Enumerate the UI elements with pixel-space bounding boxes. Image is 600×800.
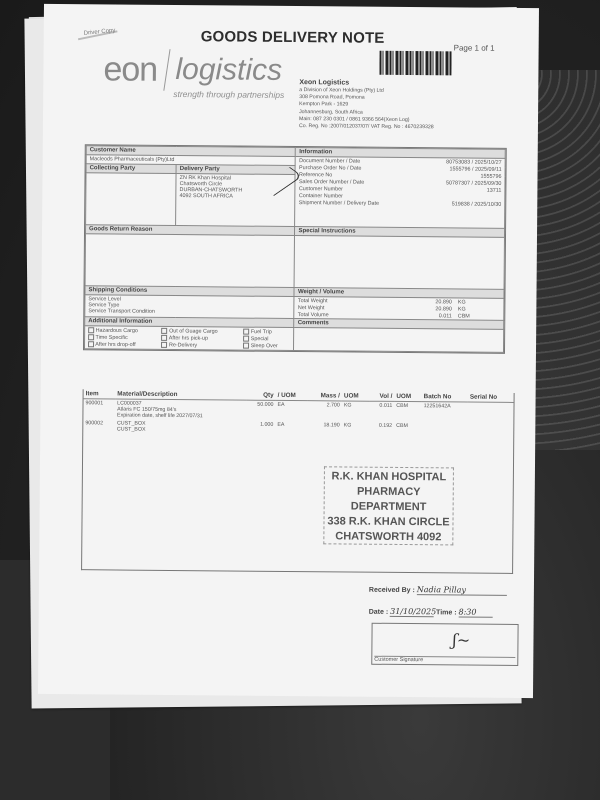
item-uom: EA bbox=[275, 400, 308, 421]
table-row: 900002 CUST_BOX CUST_BOX 1.000 EA 18.190… bbox=[83, 419, 513, 437]
col-vol: Vol / bbox=[369, 392, 394, 402]
checkbox[interactable] bbox=[243, 328, 249, 334]
document-title: GOODS DELIVERY NOTE bbox=[201, 28, 385, 47]
item-batch: 12251642A bbox=[421, 402, 467, 423]
pharmacy-stamp: R.K. KHAN HOSPITAL PHARMACY DEPARTMENT 3… bbox=[323, 466, 454, 545]
stamp-line: CHATSWORTH 4092 bbox=[324, 529, 452, 545]
item-number: 900001 bbox=[83, 399, 115, 420]
item-description: LC000037 Atlaris FC 150/75mg 84's Expira… bbox=[115, 399, 246, 421]
option-label: Time Specific bbox=[95, 335, 127, 341]
checkbox[interactable] bbox=[162, 327, 168, 333]
date-time-row: Date : 31/10/2025 Time : 8:30 bbox=[369, 607, 493, 618]
weight-volume-section: Total Weight20.890KG Net Weight20.890KG … bbox=[294, 297, 504, 321]
col-mass: Mass / bbox=[308, 391, 342, 401]
col-item: Item bbox=[84, 389, 116, 399]
info-value: 519838 / 2025/10/30 bbox=[417, 200, 504, 208]
checkbox[interactable] bbox=[243, 336, 249, 342]
item-number: 900002 bbox=[83, 419, 115, 433]
received-by-row: Received By : Nadia Pillay bbox=[369, 585, 507, 596]
additional-information-options: Hazardous Cargo Out of Guage Cargo Fuel … bbox=[84, 326, 294, 351]
item-batch bbox=[421, 422, 467, 436]
stamp-line: R.K. KHAN HOSPITAL bbox=[325, 469, 453, 485]
item-qty: 50.000 bbox=[246, 400, 276, 421]
description-line: Expiration date, shelf life 2027/07/31 bbox=[117, 412, 244, 419]
special-instructions-value bbox=[295, 236, 505, 290]
date-value: 31/10/2025 bbox=[390, 607, 434, 617]
col-mass-uom: UOM bbox=[342, 391, 369, 401]
logo-logistics: logistics bbox=[175, 53, 282, 88]
date-label: Date : bbox=[369, 609, 389, 616]
info-label: Shipment Number / Delivery Date bbox=[296, 199, 418, 207]
item-mass-uom: KG bbox=[342, 401, 369, 422]
item-qty: 1.000 bbox=[246, 421, 276, 435]
option-label: After hrs pick-up bbox=[169, 335, 208, 341]
page-number: Page 1 of 1 bbox=[454, 43, 495, 52]
item-serial bbox=[468, 402, 514, 423]
checkbox[interactable] bbox=[88, 327, 94, 333]
checkbox[interactable] bbox=[88, 342, 94, 348]
col-qty: Qty bbox=[246, 391, 276, 401]
item-vol: 0.192 bbox=[369, 422, 394, 436]
checkbox[interactable] bbox=[243, 343, 249, 349]
item-serial bbox=[467, 423, 513, 437]
item-vol-uom: CBM bbox=[394, 422, 421, 436]
weight-value: 0.011 bbox=[394, 312, 455, 320]
stamp-line: DEPARTMENT bbox=[325, 499, 453, 515]
logo-tagline: strength through partnerships bbox=[173, 89, 284, 100]
item-uom: EA bbox=[275, 421, 308, 435]
option-label: After hrs drop-off bbox=[95, 342, 135, 348]
description-line: CUST_BOX bbox=[117, 426, 244, 433]
signature-label: Customer Signature bbox=[374, 656, 515, 664]
logo-divider bbox=[163, 49, 170, 91]
received-by-label: Received By : bbox=[369, 587, 415, 594]
collecting-party-value bbox=[86, 173, 177, 226]
option-label: Sleep Over bbox=[251, 343, 278, 349]
shipping-conditions-list: Service Level Service Type Service Trans… bbox=[85, 295, 295, 319]
information-section: Document Number / Date80753083 / 2025/10… bbox=[295, 157, 505, 229]
item-mass-uom: KG bbox=[342, 421, 369, 435]
checkbox[interactable] bbox=[88, 334, 94, 340]
address-line: Co. Reg. No :2007/012037/07/ VAT Reg. No… bbox=[299, 123, 434, 131]
time-label: Time : bbox=[436, 609, 457, 616]
goods-return-reason-value bbox=[85, 234, 295, 288]
comments-value bbox=[294, 328, 504, 353]
weight-unit: CBM bbox=[455, 312, 504, 319]
checkbox[interactable] bbox=[162, 335, 168, 341]
col-serial: Serial No bbox=[468, 393, 514, 403]
item-description: CUST_BOX CUST_BOX bbox=[115, 419, 246, 434]
time-value: 8:30 bbox=[458, 607, 492, 617]
option-label: Hazardous Cargo bbox=[96, 327, 138, 333]
option-label: Special bbox=[251, 336, 269, 342]
col-uom: / UOM bbox=[276, 391, 308, 401]
option-label: Re-Delivery bbox=[169, 343, 197, 349]
item-vol: 0.011 bbox=[369, 401, 394, 422]
item-mass: 2.700 bbox=[308, 401, 342, 422]
signature-scribble-icon: ʃ~ bbox=[452, 630, 470, 649]
stamp-line: 338 R.K. KHAN CIRCLE bbox=[324, 514, 452, 530]
shipping-condition-label: Service Transport Condition bbox=[88, 308, 291, 316]
customer-signature-box: ʃ~ Customer Signature bbox=[371, 623, 518, 666]
company-address: Xeon Logistics a Division of Xeon Holdin… bbox=[299, 78, 434, 131]
stamp-line: PHARMACY bbox=[325, 484, 453, 500]
barcode-icon bbox=[379, 51, 451, 76]
item-vol-uom: CBM bbox=[394, 401, 421, 422]
option-label: Out of Guage Cargo bbox=[169, 328, 218, 334]
info-row: Shipment Number / Delivery Date519838 / … bbox=[296, 199, 505, 208]
col-vol-uom: UOM bbox=[394, 392, 421, 402]
logo-eon: eon bbox=[103, 50, 157, 89]
received-by-value: Nadia Pillay bbox=[417, 585, 507, 596]
item-mass: 18.190 bbox=[308, 421, 342, 435]
checkbox[interactable] bbox=[161, 342, 167, 348]
col-batch: Batch No bbox=[422, 392, 468, 402]
delivery-note-page: Driver Copy GOODS DELIVERY NOTE Page 1 o… bbox=[38, 4, 539, 698]
option-label: Fuel Trip bbox=[251, 329, 272, 335]
